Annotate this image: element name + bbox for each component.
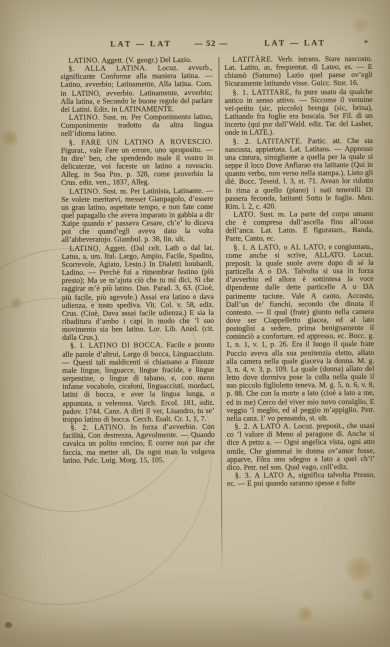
printers-mark: *: [364, 39, 368, 47]
dictionary-entry: LATINO. Sost. m. Per Latinista, Latinant…: [61, 186, 213, 244]
dictionary-entry: §. ALLA LATINA. Locuz. avverb., signific…: [60, 64, 212, 114]
left-column: LATINO. Aggett. (V. geogr.) Del Lazio. §…: [60, 56, 215, 489]
dictionary-entry: §. I. A LATO, o AL LATO, e congiuntam., …: [226, 243, 375, 423]
page-number: — 52 —: [194, 39, 228, 48]
dictionary-entry: §. 2. A LATO A. Locuz. preposit., che us…: [227, 422, 375, 472]
right-column: LATITÀRE. Verb. intrans. Stare nascosto.…: [224, 55, 375, 488]
dictionary-entry: §. I. LATINO DI BOCCA. Facile e pronto a…: [62, 341, 214, 423]
page-content: LAT — LAT — 52 — LAT — LAT * LATINO. Agg…: [0, 0, 390, 647]
entry-body: e congiuntam., come anche si scrive, ALL…: [226, 242, 375, 423]
running-head-left: LAT — LAT: [110, 39, 172, 48]
entry-body: Sost. m. Per Latinista, Latinante. — Se …: [61, 185, 213, 244]
text-block: LATINO. Aggett. (V. geogr.) Del Lazio. §…: [60, 55, 375, 489]
dictionary-entry: LATINO. Sust. m. Per Componimento latino…: [61, 113, 213, 138]
dictionary-entry: LATO. Sust. m. La parte del corpo umano …: [225, 210, 373, 244]
entry-body: Partic. att. Che sta nascosta, appiattat…: [225, 135, 373, 210]
dictionary-entry: §. 3. A LATO A, significa talvolta Press…: [227, 471, 375, 488]
entry-body: Facile e pronto alle parole d’altrui, La…: [62, 340, 214, 423]
running-head-right: LAT — LAT: [264, 38, 326, 47]
column-divider-rule: [218, 57, 222, 573]
dictionary-entry: LATITÀRE. Verb. intrans. Stare nascosto.…: [224, 55, 372, 89]
dictionary-entry: §. FARE UN LATINO A ROVESCIO. Figurat., …: [61, 137, 213, 187]
scanned-dictionary-page: LAT — LAT — 52 — LAT — LAT * LATINO. Agg…: [0, 0, 390, 647]
dictionary-entry: §. 1. LATITARE, fu pure usato da qualche…: [225, 88, 373, 138]
dictionary-entry: §. 2. LATINO. In forza d’avverbio. Con f…: [63, 423, 215, 465]
dictionary-entry: LATINO. Aggett. (Dal celt. Lath o dal la…: [62, 243, 215, 342]
dictionary-entry: §. 2. LATITANTE. Partic. att. Che sta na…: [225, 136, 373, 210]
entry-body: Figurat., vale Fare un errore, uno sprop…: [61, 145, 213, 188]
entry-body: Aggett. (Dal celt. Lath o dal lat. Latus…: [62, 242, 215, 342]
